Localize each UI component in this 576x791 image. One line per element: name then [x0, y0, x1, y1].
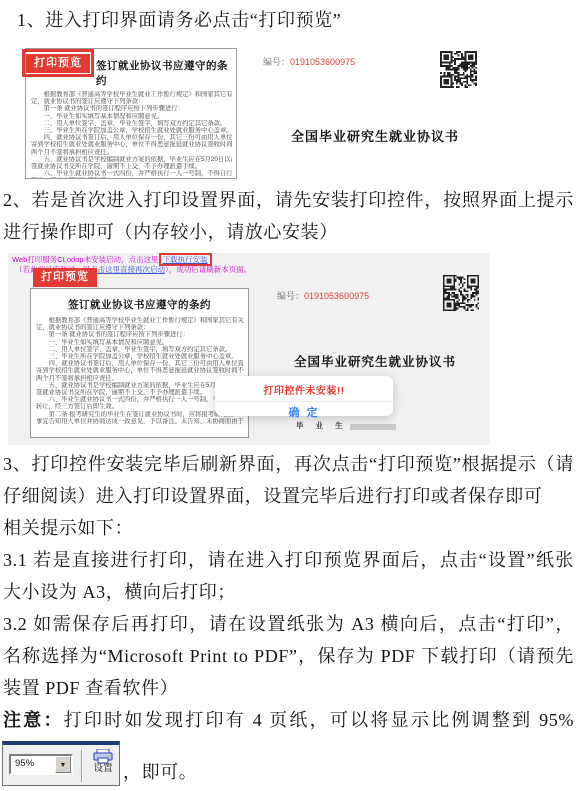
dialog-confirm-button[interactable]: 确 定: [215, 401, 393, 420]
dialog-message: 打印控件未安装!!: [215, 376, 393, 397]
agreement-title: 签订就业协议书应遵守的条约: [96, 58, 236, 88]
instruction-document: 1、进入打印界面请务必点击“打印预览” 签订就业协议书应遵守的条约 根据教育部《…: [0, 0, 576, 791]
step-3-line: 3.2 如需保存后再打印，请在设置纸张为 A3 横向后，点击“打印”，: [3, 612, 574, 636]
print-preview-button[interactable]: 打印预览: [33, 268, 97, 287]
qr-code-icon: [440, 51, 477, 88]
agreement-line: 定，就业协议书的签订应遵守下列条款：: [31, 98, 232, 105]
note-illustration-row: 95% ▼ 设置 ，即可。: [2, 741, 197, 786]
agreement-line: 根据教育部《普通高等学校毕业生就业工作暂行规定》和国家其它有关规: [31, 91, 232, 98]
note-prefix: 注意：: [3, 710, 64, 730]
agreement-line: 寄到学校招生就业处就业服务中心，单位不得恶意拖延就业协议签收时间不签，如超过: [36, 367, 244, 374]
step-3-line: 名称选择为“Microsoft Print to PDF”，保存为 PDF 下载…: [3, 644, 574, 668]
zoom-toolbar-screenshot: 95% ▼ 设置: [2, 741, 120, 786]
clodop-install-link[interactable]: 下载执行安装: [163, 255, 208, 264]
clodop-warning-line1: Web打印服务CLodop未安装启动，点击这里下载执行安装: [12, 255, 212, 264]
settings-label: 设置: [89, 764, 117, 774]
step-3-line: 3.1 若是直接进行打印，请在进入打印预览界面后，点击“设置”纸张: [3, 548, 574, 572]
serial-number: 编号：0191053600975: [277, 289, 369, 302]
clodop-restart-link[interactable]: 点击这里直接再次启动: [90, 265, 165, 274]
agreement-line: 一、毕业生如实填写基本情况和应聘意见。: [31, 113, 232, 120]
control-not-installed-dialog: 打印控件未安装!! 确 定: [215, 376, 393, 416]
agreement-line: 定，就业协议书的签订应遵守下列条款：: [36, 324, 244, 331]
agreement-title: 签订就业协议书应遵守的条约: [31, 297, 248, 312]
serial-value: 0191053600975: [290, 57, 355, 67]
clodop-warning-text: Web打印服务CLodop未安装启动，点击这里: [12, 255, 159, 264]
qr-code-icon: [443, 275, 479, 311]
blurred-text-placeholder: [350, 424, 396, 430]
agreement-line: 事宜告知用人单位并协商达成一致意见，予以备注。未告知、未协商而由于研究生: [36, 418, 244, 425]
zoom-level-dropdown[interactable]: 95% ▼: [9, 754, 73, 775]
screenshot-print-setup-page: Web打印服务CLodop未安装启动，点击这里下载执行安装 （若此前已安装过，可…: [8, 253, 490, 445]
tail-text: ，即可。: [123, 758, 197, 784]
agreement-line: 二、用人单位签字、盖章，毕业生签字，填写双方约定其它条款。: [36, 346, 244, 353]
step-3-line: 大小设为 A3，横向后打印；: [3, 580, 574, 604]
agreement-line: 六、毕业生就业协议书一式四份，并严格执行一人一号制，不得自行涂改或: [31, 170, 232, 177]
toolbar-separator: [81, 750, 83, 782]
agreement-line: 根据教育部《普通高等学校毕业生就业工作暂行规定》和国家其它有关规: [36, 317, 244, 324]
agreement-body: 根据教育部《普通高等学校毕业生就业工作暂行规定》和国家其它有关规 定，就业协议书…: [36, 317, 244, 425]
agreement-line: 一、毕业生如实填写基本情况和应聘意见。: [36, 339, 244, 346]
agreement-line: 寄到学校招生就业处就业服务中心，单位不得恶意拖延就业协议签收时间不签，如超过: [31, 141, 232, 148]
signature-label: 毕 业 生: [296, 420, 348, 431]
clodop-warning-text: ），成功后请刷新本页面。: [165, 265, 251, 274]
step-1-heading: 1、进入打印界面请务必点击“打印预览”: [17, 8, 576, 32]
serial-label: 编号：: [263, 57, 290, 67]
agreement-line: 五、就业协议书是学校编制就业方案的依据，毕业生应在5月20日以前将已: [36, 382, 244, 389]
serial-number: 编号：0191053600975: [263, 55, 355, 68]
agreement-line: 两个月不签将承担相应责任。: [31, 149, 232, 156]
agreement-line: 三、毕业生所在学院加盖公章，学校招生就业处就业服务中心盖章。: [36, 353, 244, 360]
zoom-level-value: 95%: [15, 758, 34, 769]
serial-value: 0191053600975: [304, 291, 369, 301]
agreement-line: 五、就业协议书是学校编制就业方案的依据，毕业生应在5月20日以前将已: [31, 156, 232, 163]
print-settings-button[interactable]: 设置: [89, 749, 117, 774]
step-3-line: 3、打印控件安装完毕后刷新界面，再次点击“打印预览”根据提示（请: [3, 452, 574, 476]
agreement-line: 六、毕业生就业协议书一式四份，并严格执行一人一号制，不得自行涂改或: [36, 396, 244, 403]
agreement-line: 签就业协议书交所在学院，逾期不上交，不予办理派遣手续。: [36, 389, 244, 396]
agreement-line: 第一条 就业协议书的签订程序应按下列步骤进行：: [31, 105, 232, 112]
agreement-line: 两个月不签将承担相应责任。: [36, 375, 244, 382]
agreement-line: 四、就业协议书签订后，用人单位保存一份，其它三份可由用人单位直接邮: [31, 134, 232, 141]
step-2-line: 2、若是首次进入打印设置界面，请先安装打印控件，按照界面上提示: [3, 188, 574, 212]
national-agreement-title: 全国毕业研究生就业协议书: [240, 352, 510, 370]
national-agreement-title: 全国毕业研究生就业协议书: [240, 126, 510, 145]
print-preview-button[interactable]: 打印预览: [26, 54, 90, 73]
agreement-line: 第一条 就业协议书的签订程序应按下列步骤进行：: [36, 331, 244, 338]
serial-label: 编号：: [277, 291, 304, 301]
note-text: 打印时如发现打印有 4 页纸，可以将显示比例调整到 95%: [64, 710, 574, 730]
step-3-line: 仔细阅读）进入打印设置界面，设置完毕后进行打印或者保存即可: [3, 484, 574, 508]
agreement-line: 转让，经三方签订后即生效。: [31, 177, 232, 179]
step-3-line: 装置 PDF 查看软件）: [3, 676, 574, 700]
agreement-line: 签就业协议书交所在学院，逾期不上交，不予办理派遣手续。: [31, 163, 232, 170]
highlight-annotation-box: 打印预览: [22, 49, 94, 77]
printer-icon: [93, 749, 113, 764]
step-3-line: 相关提示如下：: [3, 516, 574, 540]
chevron-down-icon[interactable]: ▼: [55, 756, 71, 773]
agreement-line: 四、就业协议书签订后，用人单位保存一份，其它三份可由用人单位直接邮: [36, 360, 244, 367]
agreement-line: 第二条 报考研究生的毕业生在签订就业协议书时，应将报考研究生: [36, 411, 244, 418]
step-2-line: 进行操作即可（内存较小，请放心安装）: [3, 220, 574, 244]
agreement-line: 转让，经三方签订后即生效。: [36, 403, 244, 410]
agreement-line: 三、毕业生所在学院加盖公章，学校招生就业处就业服务中心盖章。: [31, 127, 232, 134]
note-line: 注意：打印时如发现打印有 4 页纸，可以将显示比例调整到 95%: [3, 708, 574, 732]
agreement-line: 二、用人单位签字、盖章，毕业生签字，填写双方约定其它条款。: [31, 120, 232, 127]
agreement-body: 根据教育部《普通高等学校毕业生就业工作暂行规定》和国家其它有关规 定，就业协议书…: [31, 91, 232, 179]
screenshot-print-page: 签订就业协议书应遵守的条约 根据教育部《普通高等学校毕业生就业工作暂行规定》和国…: [25, 48, 546, 179]
